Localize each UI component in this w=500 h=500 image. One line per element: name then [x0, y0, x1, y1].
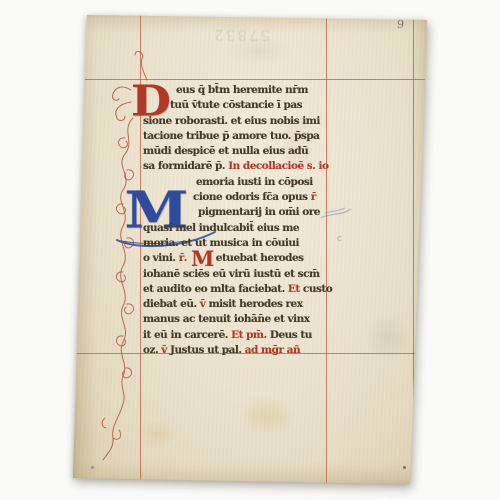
- text-segment-ink: it eū in carcerē.: [143, 329, 231, 341]
- text-segment-ink: Deus tu: [270, 329, 312, 341]
- text-line: eus q̄ bt̄m heremite nr̄m: [143, 83, 335, 98]
- text-segment-ink: etuebat herodes: [216, 252, 304, 264]
- text-line: cione odoris fc̄a opus r̄: [143, 190, 335, 205]
- text-segment-ink: cione odoris fc̄a opus: [193, 191, 311, 203]
- text-segment-red: Et pm̄.: [231, 329, 270, 341]
- text-segment-ink: pigmentarij in om̄i ore: [198, 206, 320, 218]
- text-line: et audito eo mlta faciebat. Et custo: [143, 282, 335, 297]
- text-line: emoria iusti in cōposi: [143, 175, 335, 190]
- text-segment-red: v̄: [161, 344, 170, 356]
- text-segment-ink: et audito eo mlta faciebat.: [143, 283, 288, 295]
- text-segment-ink: tuū v̄tute cōstancie ī pas: [170, 99, 302, 111]
- text-segment-red: Et: [288, 283, 303, 295]
- stain: [137, 420, 177, 448]
- text-segment-ink: custo: [303, 283, 332, 295]
- text-segment-red: In decollacioē s. io: [228, 160, 328, 172]
- manuscript-leaf: 57832 9 c D M eus q̄ bt̄m heremite nr̄mt…: [73, 14, 428, 485]
- text-segment-ink: mūdi despicē et nulla eius adū: [143, 145, 308, 157]
- ruling-vertical-margin: [413, 14, 414, 485]
- text-segment-ink: oz.: [143, 344, 161, 356]
- text-segment-ink: misit herodes rex: [209, 298, 303, 310]
- text-line: oz. v̄ Justus ut pal. ad mḡr añ: [143, 343, 335, 358]
- text-segment-ink: manus ac tenuit iohān̄e et vinx: [143, 313, 309, 325]
- text-segment-red: r̄: [311, 191, 316, 203]
- text-line: iohanē sciēs eū virū iustū et scm̄: [143, 267, 335, 282]
- speck: [91, 466, 94, 469]
- leaf-shadow-wrap: 57832 9 c D M eus q̄ bt̄m heremite nr̄mt…: [0, 0, 500, 500]
- text-segment-ink: eus q̄ bt̄m heremite nr̄m: [176, 84, 308, 96]
- text-segment-ink: emoria iusti in cōposi: [196, 176, 313, 188]
- text-segment-ink: sione roborasti. et eius nobis imi: [143, 115, 320, 127]
- text-segment-ink: tacione tribue p̄ amore tuo. p̄spa: [143, 130, 320, 142]
- folio-mark: 9: [397, 18, 405, 31]
- text-line: manus ac tenuit iohān̄e et vinx: [143, 312, 335, 327]
- text-line: sione roborasti. et eius nobis imi: [143, 114, 335, 129]
- text-segment-ink: Justus ut pal.: [170, 344, 245, 356]
- text-segment-red: v̄: [200, 298, 209, 310]
- text-line: tuū v̄tute cōstancie ī pas: [143, 98, 335, 113]
- text-segment-red: r̄.: [179, 252, 190, 264]
- text-line: it eū in carcerē. Et pm̄. Deus tu: [143, 328, 335, 343]
- text-segment-ink: sa formidarē p̄.: [143, 160, 228, 172]
- text-segment-ink: quasi mel indulcabit̄ eius me: [143, 222, 299, 234]
- text-segment-ink: moria. et ut musica in cōuiui: [143, 237, 299, 249]
- text-segment-ink: diebat eū.: [143, 298, 200, 310]
- margin-letter-mark: c: [337, 234, 342, 244]
- text-line: o vini. r̄. Metuebat herodes: [143, 251, 335, 266]
- speck: [403, 466, 406, 469]
- pencil-inventory-number: 57832: [190, 26, 270, 44]
- text-line: diebat eū. v̄ misit herodes rex: [143, 297, 335, 312]
- text-segment-ink: iohanē sciēs eū virū iustū et scm̄: [143, 268, 320, 280]
- text-line: mūdi despicē et nulla eius adū: [143, 144, 335, 159]
- text-line: moria. et ut musica in cōuiui: [143, 236, 335, 251]
- text-segment-ink: o vini.: [143, 252, 179, 264]
- text-block: eus q̄ bt̄m heremite nr̄mtuū v̄tute cōst…: [143, 83, 335, 358]
- photo-background: 57832 9 c D M eus q̄ bt̄m heremite nr̄mt…: [0, 0, 500, 500]
- text-segment-red: ad mḡr añ: [245, 344, 300, 356]
- stain: [238, 398, 296, 434]
- text-line: sa formidarē p̄. In decollacioē s. io: [143, 159, 335, 174]
- text-line: quasi mel indulcabit̄ eius me: [143, 221, 335, 236]
- text-line: tacione tribue p̄ amore tuo. p̄spa: [143, 129, 335, 144]
- text-line: pigmentarij in om̄i ore: [143, 205, 335, 220]
- ruling-horizontal-top: [73, 79, 428, 80]
